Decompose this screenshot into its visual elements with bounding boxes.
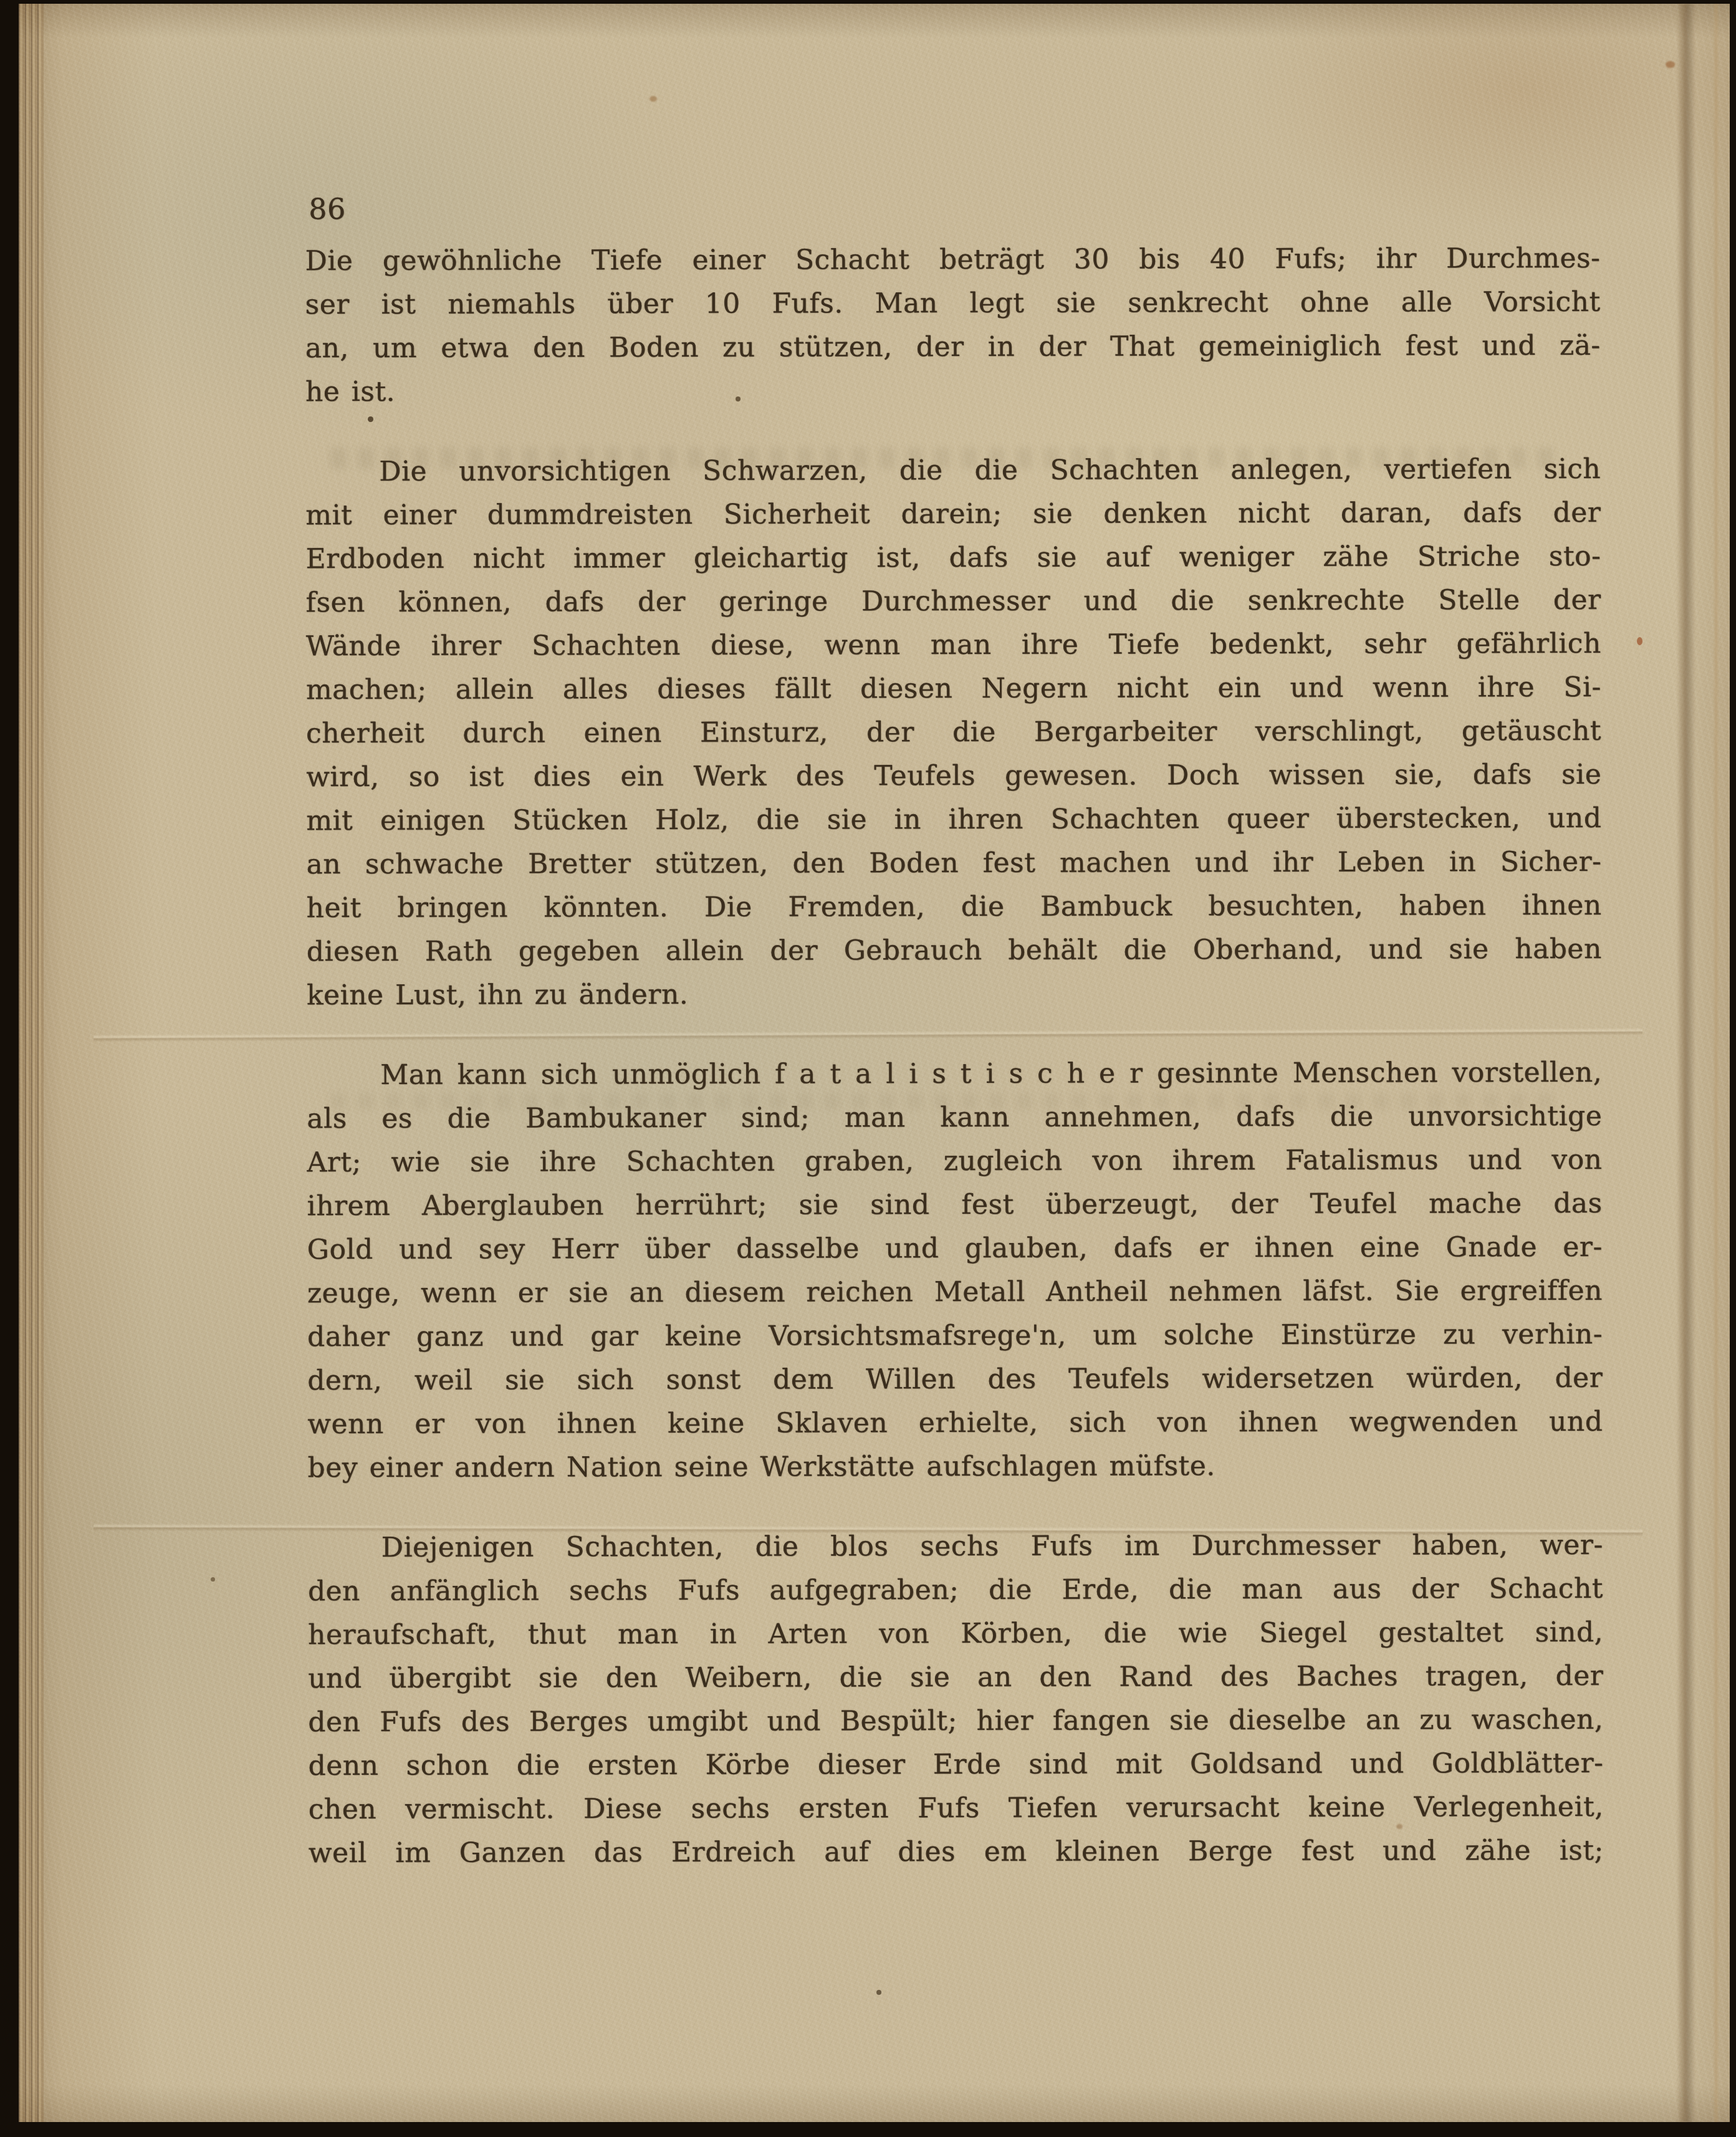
text-line: dern, weil sie sich sonst dem Willen des… [307, 1357, 1603, 1403]
text-line: an, um etwa den Boden zu stützen, der in… [305, 324, 1601, 370]
text-line: mit einigen Stücken Holz, die sie in ihr… [306, 797, 1601, 843]
paragraph: Man kann sich unmöglich f a t a l i s t … [307, 1051, 1603, 1490]
text-line: den anfänglich sechs Fufs aufgegraben; d… [308, 1567, 1603, 1613]
text-line: heit bringen könnten. Die Fremden, die B… [307, 884, 1602, 930]
text-line: ser ist niemahls über 10 Fufs. Man legt … [305, 281, 1600, 327]
text-line: bey einer andern Nation seine Werkstätte… [307, 1444, 1603, 1490]
text-line: und übergibt sie den Weibern, die sie an… [308, 1654, 1603, 1701]
text-line: diesen Rath gegeben allein der Gebrauch … [307, 928, 1602, 974]
foxing-spot [650, 96, 657, 102]
text-line: wird, so ist dies ein Werk des Teufels g… [306, 753, 1601, 799]
text-line: den Fufs des Berges umgibt und Bespült; … [308, 1698, 1603, 1744]
text-line: Die gewöhnliche Tiefe einer Schacht betr… [305, 237, 1600, 283]
text-line: an schwache Bretter stützen, den Boden f… [306, 840, 1601, 886]
text-line: als es die Bambukaner sind; man kann ann… [307, 1095, 1602, 1141]
text-line: denn schon die ersten Körbe dieser Erde … [308, 1742, 1603, 1788]
vertical-crease [1677, 4, 1695, 2122]
text-line: Man kann sich unmöglich f a t a l i s t … [307, 1051, 1602, 1097]
text-line: keine Lust, ihn zu ändern. [307, 971, 1602, 1017]
foxing-spot [1666, 61, 1675, 68]
paper-speck [211, 1577, 215, 1582]
text-line: fsen können, dafs der geringe Durchmesse… [305, 579, 1601, 625]
book-scan: 86 Die gewöhnliche Tiefe einer Schacht b… [0, 0, 1736, 2137]
paragraph: Diejenigen Schachten, die blos sechs Fuf… [308, 1524, 1604, 1875]
text-line: zeuge, wenn er sie an diesem reichen Met… [307, 1269, 1603, 1315]
page-surface: 86 Die gewöhnliche Tiefe einer Schacht b… [19, 4, 1730, 2122]
text-line: cherheit durch einen Einsturz, der die B… [306, 709, 1601, 756]
fore-edge-line [1713, 4, 1719, 2122]
text-block: 86 Die gewöhnliche Tiefe einer Schacht b… [305, 185, 1604, 1875]
text-line: weil im Ganzen das Erdreich auf dies em … [309, 1829, 1604, 1875]
text-line: Art; wie sie ihre Schachten graben, zugl… [307, 1138, 1602, 1184]
text-line: mit einer dummdreisten Sicherheit darein… [305, 491, 1601, 537]
paragraph: Die unvorsichtigen Schwarzen, die die Sc… [305, 448, 1602, 1017]
text-line: Die unvorsichtigen Schwarzen, die die Sc… [305, 448, 1601, 494]
text-line: Wände ihrer Schachten diese, wenn man ih… [306, 622, 1601, 668]
text-line: Gold und sey Herr über dasselbe und glau… [307, 1226, 1603, 1272]
paragraph: Die gewöhnliche Tiefe einer Schacht betr… [305, 237, 1601, 414]
gutter-page-edges [19, 4, 44, 2122]
paper-speck [876, 1990, 881, 1995]
text-line: he ist. [305, 368, 1601, 414]
paper-speck [1637, 637, 1642, 645]
text-line: ihrem Aberglauben herrührt; sie sind fes… [307, 1182, 1603, 1228]
text-line: machen; allein alles dieses fällt diesen… [306, 666, 1601, 712]
text-line: Erdboden nicht immer gleichartig ist, da… [305, 535, 1601, 581]
text-line: heraufschaft, thut man in Arten von Körb… [308, 1611, 1603, 1657]
text-line: chen vermischt. Diese sechs ersten Fufs … [309, 1785, 1604, 1832]
page-number: 86 [309, 185, 1600, 231]
text-line: Diejenigen Schachten, die blos sechs Fuf… [308, 1524, 1603, 1570]
text-line: wenn er von ihnen keine Sklaven erhielte… [307, 1400, 1603, 1446]
text-line: daher ganz und gar keine Vorsichtsmafsre… [307, 1313, 1603, 1359]
